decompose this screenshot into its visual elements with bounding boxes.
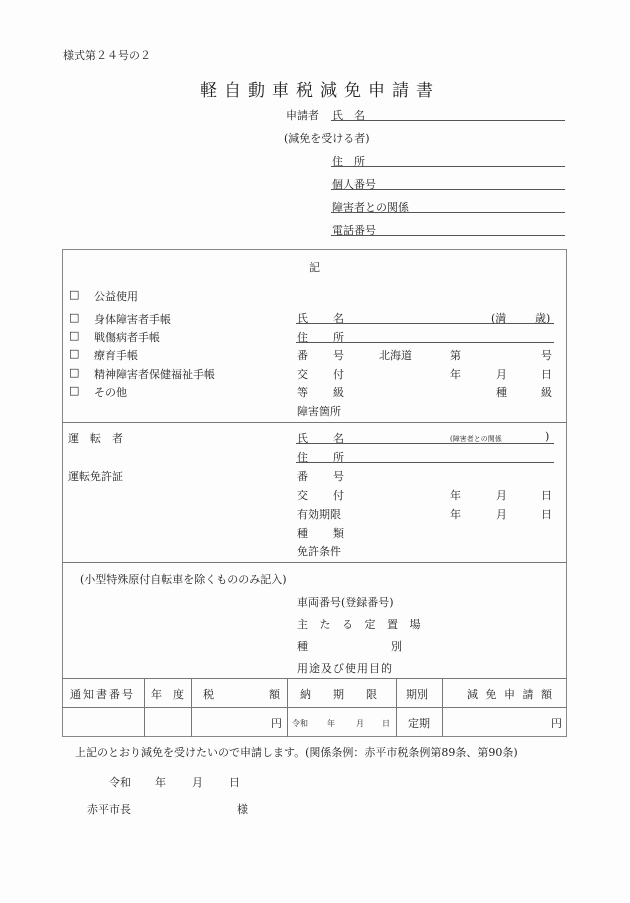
vehicle-type-label: 種 bbox=[297, 638, 308, 654]
section-divider bbox=[62, 562, 567, 563]
form-number: 様式第２４号の２ bbox=[63, 47, 151, 63]
record-heading: 記 bbox=[309, 259, 320, 275]
driver-name-field[interactable] bbox=[296, 443, 554, 444]
applicant-relationship-field[interactable] bbox=[331, 212, 565, 213]
checkbox-icon[interactable]: □ bbox=[69, 366, 79, 379]
applicant-sub-label: (減免を受ける者) bbox=[284, 130, 370, 146]
applicant-label: 申請者 bbox=[286, 107, 319, 123]
header-exemption-amount: 減 免 申 請 額 bbox=[467, 686, 554, 702]
license-issue-label: 付 bbox=[333, 487, 344, 503]
date-month: 月 bbox=[192, 774, 203, 790]
applicant-address-field[interactable] bbox=[331, 166, 565, 167]
license-expiry-year: 年 bbox=[450, 506, 461, 522]
vehicle-note: (小型特殊原付自転車を除くもののみ記入) bbox=[80, 571, 287, 587]
checkbox-icon[interactable]: □ bbox=[69, 329, 79, 342]
addressee-honorific: 様 bbox=[237, 801, 248, 817]
cert-number-label: 番 bbox=[297, 347, 308, 363]
section-divider bbox=[62, 422, 567, 423]
addressee-name: 赤平市長 bbox=[87, 801, 131, 817]
checkbox-icon[interactable]: □ bbox=[69, 288, 79, 301]
cell-fiscal-year[interactable] bbox=[145, 708, 190, 736]
license-issue-month: 月 bbox=[496, 487, 507, 503]
driver-address-field[interactable] bbox=[296, 462, 554, 463]
cert-address-field[interactable] bbox=[296, 342, 554, 343]
license-label: 運転免許証 bbox=[68, 468, 123, 484]
header-fiscal-year: 年 度 bbox=[151, 686, 184, 702]
declaration-text: 上記のとおり減免を受けたいので申請します。(関係条例：赤平市税条例第89条、第9… bbox=[75, 744, 518, 760]
license-issue-year: 年 bbox=[450, 487, 461, 503]
vehicle-type-label: 別 bbox=[391, 638, 402, 654]
cert-name-field[interactable] bbox=[296, 323, 554, 324]
checkbox-label: 精神障害者保健福祉手帳 bbox=[94, 366, 215, 382]
cert-prefecture: 北海道 bbox=[379, 347, 412, 363]
table-col-divider bbox=[396, 678, 397, 737]
checkbox-label: 身体障害者手帳 bbox=[94, 311, 171, 327]
vehicle-storage-label: 主 た る 定 置 場 bbox=[297, 616, 424, 632]
license-issue-day: 日 bbox=[541, 487, 552, 503]
cert-grade-label: 等 bbox=[297, 384, 308, 400]
cert-number-suffix: 号 bbox=[541, 347, 552, 363]
checkbox-label: 療育手帳 bbox=[94, 347, 138, 363]
cell-installment: 定期 bbox=[408, 715, 430, 731]
license-number-label: 号 bbox=[333, 468, 344, 484]
cert-issue-label: 交 bbox=[297, 366, 308, 382]
cell-due-month: 月 bbox=[356, 718, 364, 729]
cert-number-label: 号 bbox=[333, 347, 344, 363]
cell-tax-amount-unit: 円 bbox=[271, 715, 282, 731]
checkbox-icon[interactable]: □ bbox=[69, 347, 79, 360]
cell-notice-number[interactable] bbox=[63, 708, 143, 736]
checkbox-icon[interactable]: □ bbox=[69, 311, 79, 324]
cert-issue-label: 付 bbox=[333, 366, 344, 382]
header-tax-label-1: 税 bbox=[203, 686, 214, 702]
checkbox-other[interactable]: □ bbox=[69, 384, 79, 397]
checkbox-physical-disability[interactable]: □ bbox=[69, 311, 79, 324]
license-number-label: 番 bbox=[297, 468, 308, 484]
header-installment: 期別 bbox=[406, 686, 428, 702]
license-issue-label: 交 bbox=[297, 487, 308, 503]
cell-due-year: 年 bbox=[327, 718, 335, 729]
license-type-label: 種 bbox=[297, 525, 308, 541]
license-conditions-label: 免許条件 bbox=[297, 543, 341, 559]
checkbox-label: 戦傷病者手帳 bbox=[94, 329, 160, 345]
cell-due-era: 令和 bbox=[292, 718, 308, 729]
cert-grade-label: 級 bbox=[333, 384, 344, 400]
page-title: 軽自動車税減免申請書 bbox=[200, 76, 440, 101]
applicant-my-number-field[interactable] bbox=[331, 189, 565, 190]
date-era: 令和 bbox=[109, 774, 131, 790]
cert-issue-year: 年 bbox=[450, 366, 461, 382]
driver-relationship-close: ) bbox=[545, 430, 549, 443]
checkbox-war-injury[interactable]: □ bbox=[69, 329, 79, 342]
license-expiry-day: 日 bbox=[541, 506, 552, 522]
header-tax-label-2: 額 bbox=[269, 686, 280, 702]
checkbox-mental-health[interactable]: □ bbox=[69, 366, 79, 379]
license-type-label: 類 bbox=[333, 525, 344, 541]
date-year: 年 bbox=[155, 774, 166, 790]
cert-issue-day: 日 bbox=[541, 366, 552, 382]
cell-exemption-amount-unit: 円 bbox=[551, 715, 562, 731]
checkbox-icon[interactable]: □ bbox=[69, 384, 79, 397]
date-day: 日 bbox=[229, 774, 240, 790]
header-notice-number: 通知書番号 bbox=[70, 686, 135, 702]
table-col-divider bbox=[442, 678, 443, 737]
vehicle-plate-label: 車両番号(登録番号) bbox=[297, 594, 394, 610]
header-due-date: 納 期 限 bbox=[300, 686, 377, 702]
cell-due-day: 日 bbox=[382, 718, 390, 729]
cert-grade-suffix: 級 bbox=[541, 384, 552, 400]
applicant-phone-field[interactable] bbox=[331, 235, 565, 236]
license-expiry-label: 有効期限 bbox=[297, 506, 341, 522]
cert-issue-month: 月 bbox=[496, 366, 507, 382]
checkbox-public-use[interactable]: □ bbox=[69, 288, 79, 301]
table-col-divider bbox=[287, 678, 288, 737]
cert-disability-part-label: 障害箇所 bbox=[297, 403, 341, 419]
license-expiry-month: 月 bbox=[496, 506, 507, 522]
cert-kind: 種 bbox=[496, 384, 507, 400]
table-col-divider bbox=[191, 678, 192, 737]
cert-number-prefix: 第 bbox=[450, 347, 461, 363]
checkbox-label: その他 bbox=[94, 384, 127, 400]
table-top-line bbox=[62, 678, 567, 679]
checkbox-rehabilitation[interactable]: □ bbox=[69, 347, 79, 360]
driver-label: 運 転 者 bbox=[68, 430, 123, 446]
vehicle-purpose-label: 用途及び使用目的 bbox=[297, 660, 393, 676]
checkbox-label: 公益使用 bbox=[94, 288, 138, 304]
applicant-name-field[interactable] bbox=[331, 120, 565, 121]
